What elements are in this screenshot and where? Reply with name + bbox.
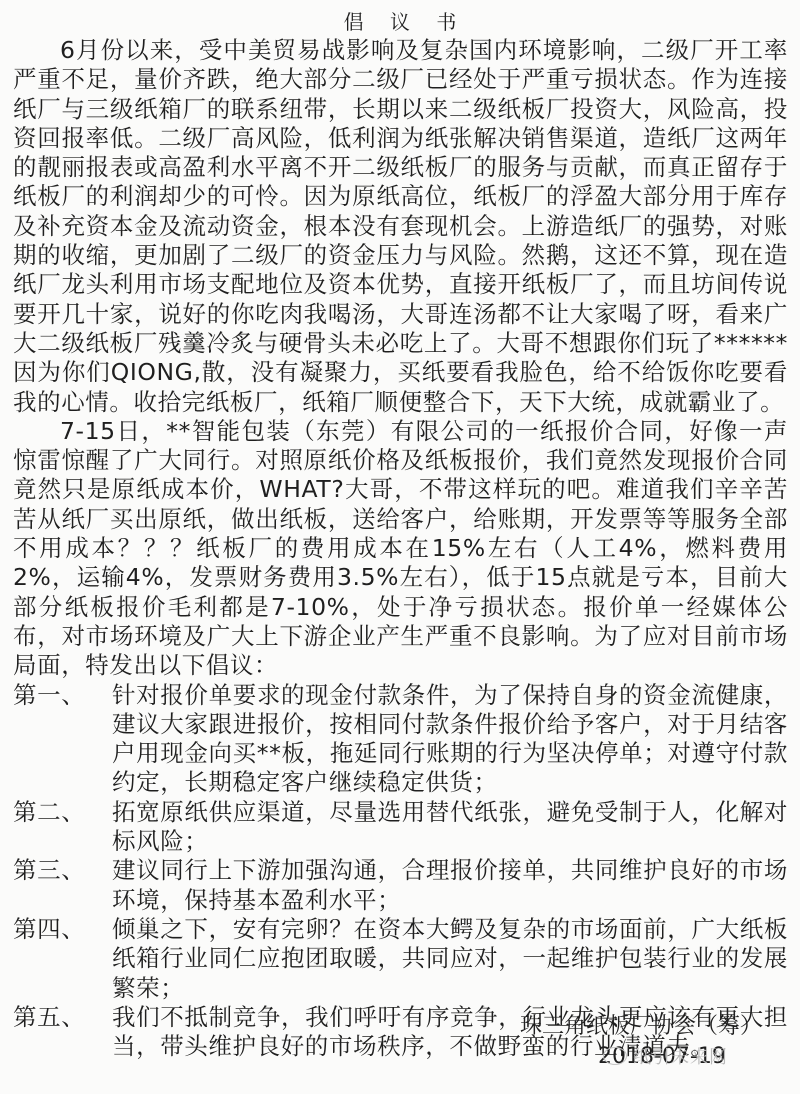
- proposal-text: 拓宽原纸供应渠道，尽量选用替代纸张，避免受制于人，化解对标风险；: [112, 798, 788, 857]
- proposal-label: 第三、: [13, 856, 112, 915]
- paragraph-intro: 6月份以来，受中美贸易战影响及复杂国内环境影响，二级厂开工率严重不足，量价齐跌，…: [13, 36, 788, 417]
- proposal-text: 针对报价单要求的现金付款条件，为了保持自身的资金流健康，建议大家跟进报价，按相同…: [112, 681, 788, 798]
- proposal-text: 建议同行上下游加强沟通，合理报价接单，共同维护良好的市场环境，保持基本盈利水平；: [112, 856, 788, 915]
- proposal-item: 第四、 倾巢之下，安有完卵？在资本大鳄及复杂的市场面前，广大纸板纸箱行业同仁应抱…: [13, 915, 788, 1003]
- watermark-text: 纸引未来网: [633, 1043, 728, 1069]
- proposal-list: 第一、 针对报价单要求的现金付款条件，为了保持自身的资金流健康，建议大家跟进报价…: [13, 681, 788, 1062]
- document-body: 6月份以来，受中美贸易战影响及复杂国内环境影响，二级厂开工率严重不足，量价齐跌，…: [13, 36, 788, 1061]
- wechat-icon: [603, 1047, 627, 1065]
- watermark: 纸引未来网: [603, 1043, 728, 1069]
- proposal-label: 第五、: [13, 1003, 112, 1062]
- document-page: 倡 议 书 6月份以来，受中美贸易战影响及复杂国内环境影响，二级厂开工率严重不足…: [0, 0, 800, 1094]
- proposal-label: 第二、: [13, 798, 112, 857]
- paragraph-quote-contract: 7-15日，**智能包装（东莞）有限公司的一纸报价合同，好像一声惊雷惊醒了广大同…: [13, 417, 788, 681]
- proposal-text: 倾巢之下，安有完卵？在资本大鳄及复杂的市场面前，广大纸板纸箱行业同仁应抱团取暖，…: [112, 915, 788, 1003]
- proposal-item: 第三、 建议同行上下游加强沟通，合理报价接单，共同维护良好的市场环境，保持基本盈…: [13, 856, 788, 915]
- proposal-item: 第二、 拓宽原纸供应渠道，尽量选用替代纸张，避免受制于人，化解对标风险；: [13, 798, 788, 857]
- signature-organization: 珠三角纸板厂协会（筹）: [510, 1012, 770, 1042]
- document-title: 倡 议 书: [0, 8, 800, 36]
- proposal-label: 第四、: [13, 915, 112, 1003]
- proposal-label: 第一、: [13, 681, 112, 798]
- proposal-item: 第一、 针对报价单要求的现金付款条件，为了保持自身的资金流健康，建议大家跟进报价…: [13, 681, 788, 798]
